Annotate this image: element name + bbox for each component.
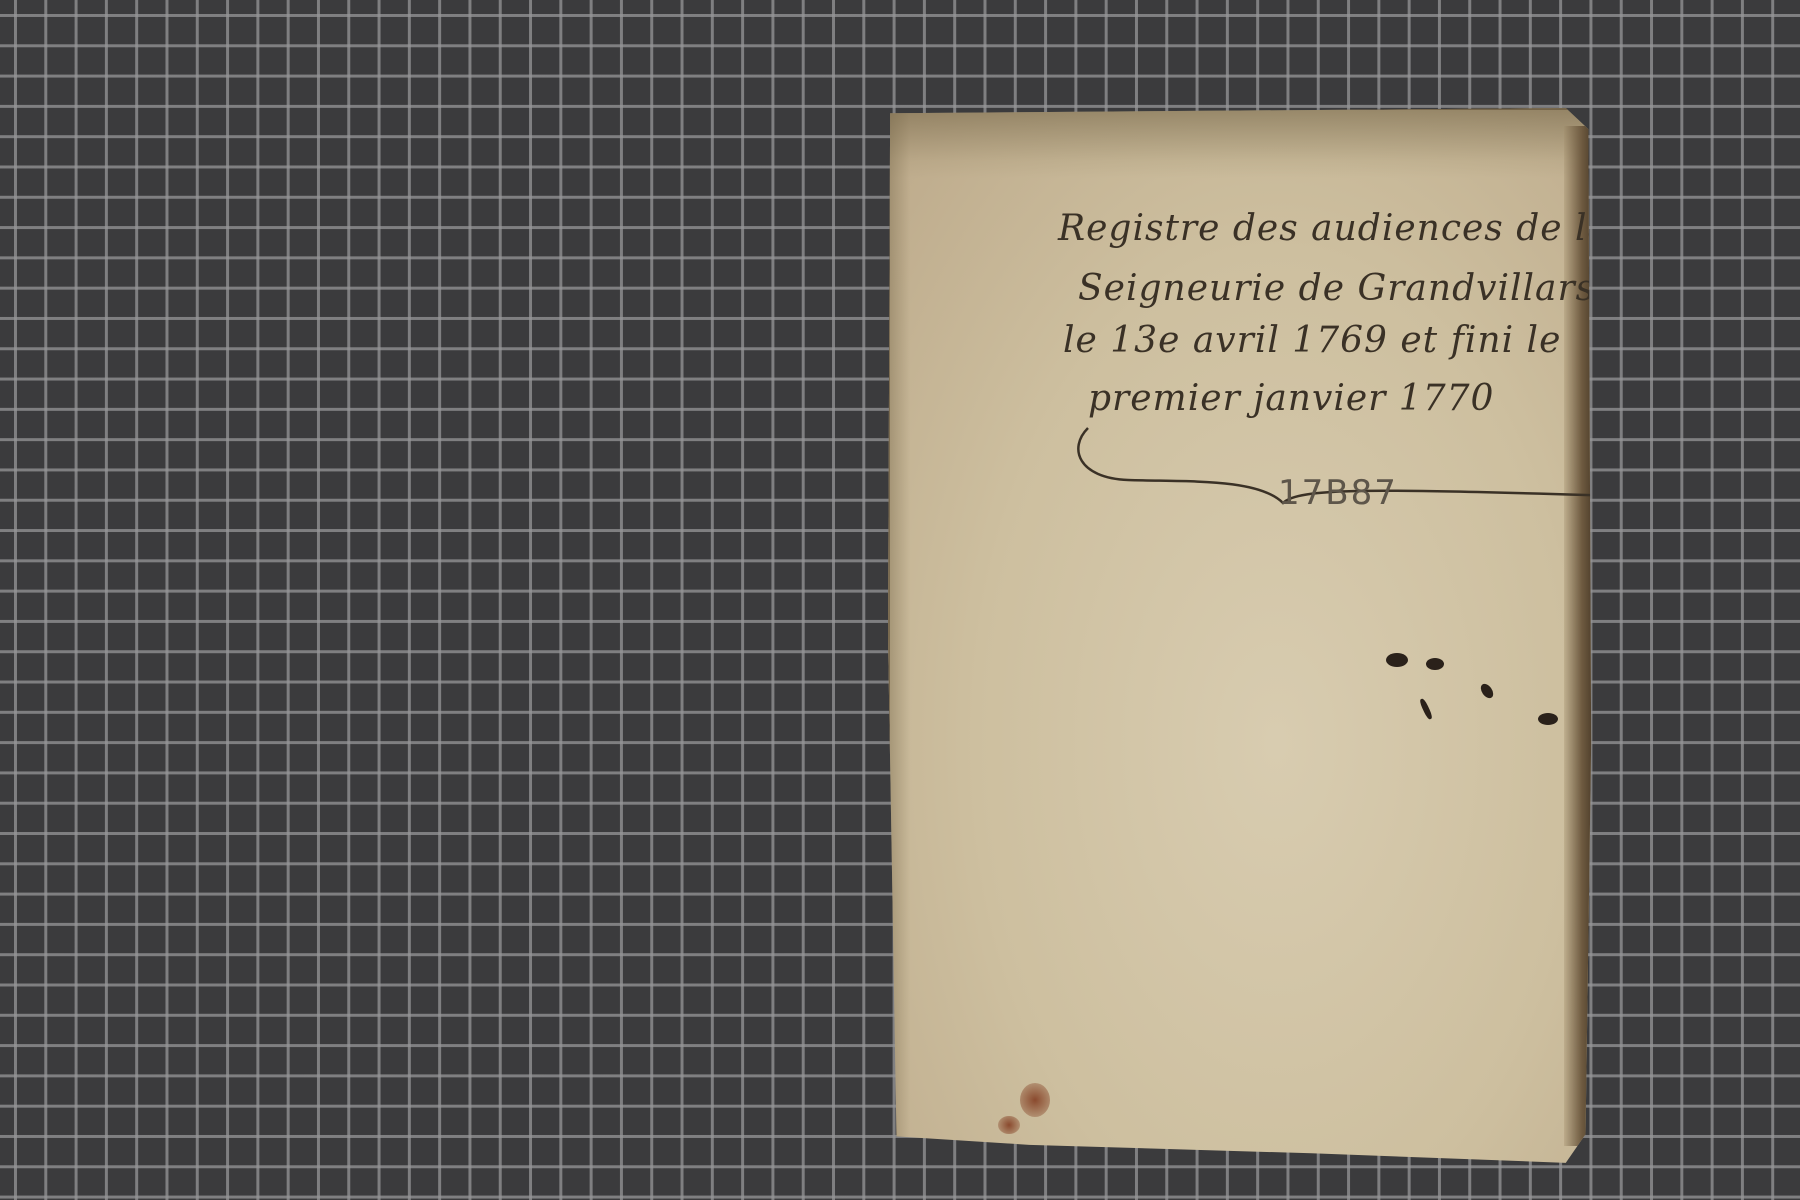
title-line-3: le 13e avril 1769 et fini le bbox=[1063, 320, 1561, 361]
title-line-1: Registre des audiences de la bbox=[1058, 208, 1610, 249]
left-edge-shading bbox=[888, 108, 910, 1166]
ink-blot bbox=[1386, 653, 1408, 667]
title-line-2: Seigneurie de Grandvillars commencé bbox=[1078, 268, 1800, 309]
ink-blot bbox=[1419, 698, 1434, 720]
rust-stain bbox=[1020, 1083, 1050, 1117]
manuscript-cover: Registre des audiences de la Seigneurie … bbox=[888, 108, 1594, 1166]
ink-blot bbox=[1478, 682, 1495, 701]
ink-blot bbox=[1426, 658, 1444, 670]
ink-blot bbox=[1538, 713, 1558, 725]
rust-stain bbox=[998, 1116, 1020, 1134]
catalog-number: 17B87 bbox=[1278, 473, 1398, 513]
top-water-stain bbox=[888, 108, 1594, 178]
